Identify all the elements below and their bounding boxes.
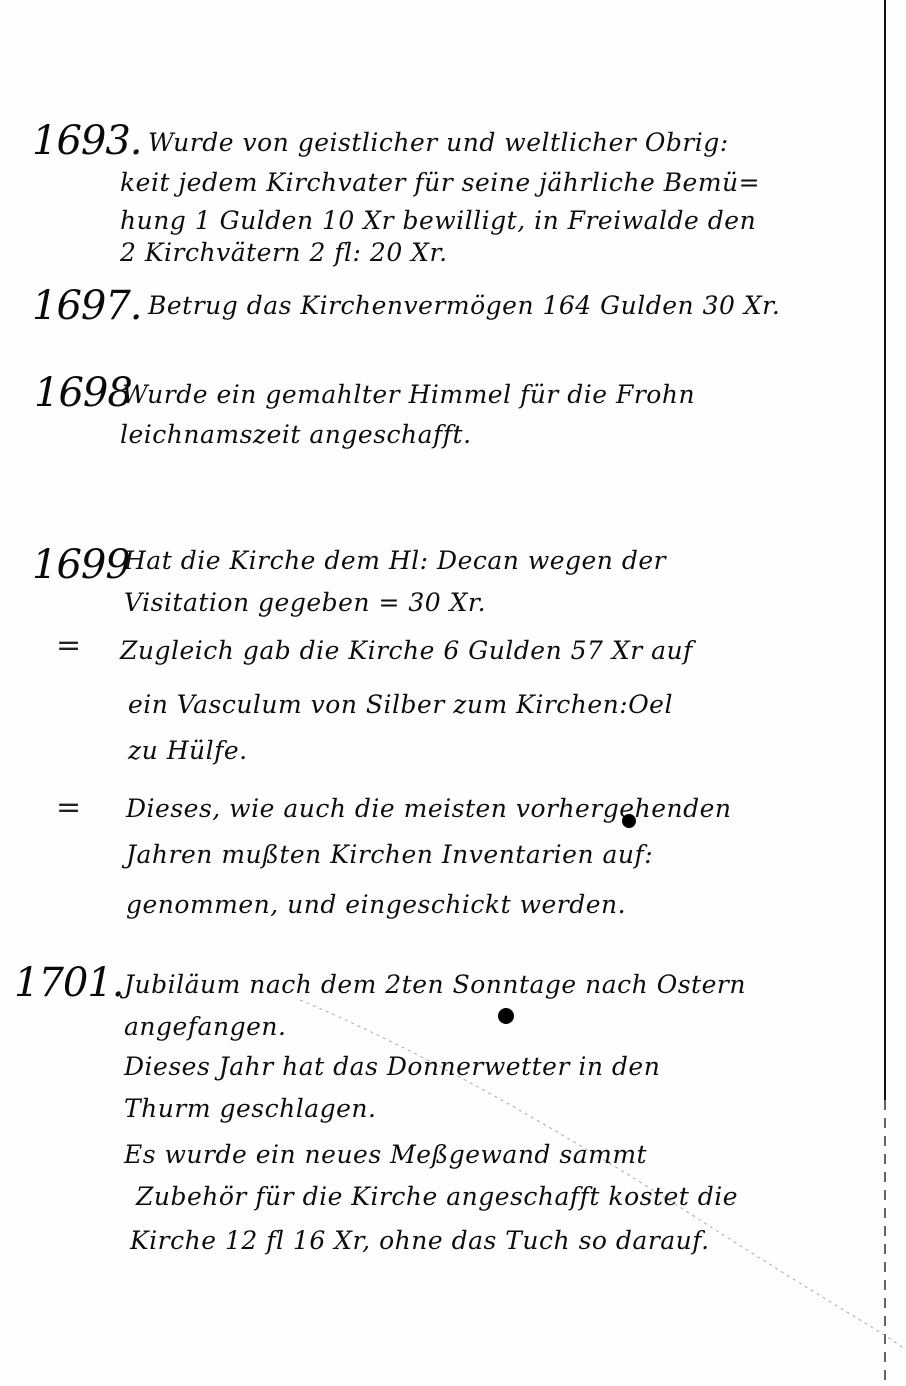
entry-line: Jahren mußten Kirchen Inventarien auf: — [126, 840, 653, 869]
entry-year: 1698 — [34, 370, 132, 416]
ink-blot — [498, 1008, 514, 1024]
entry-line: Hat die Kirche dem Hl: Decan wegen der — [124, 546, 666, 575]
entry-line: Dieses Jahr hat das Donnerwetter in den — [124, 1052, 660, 1081]
ditto-mark: = — [56, 628, 81, 663]
entry-year: 1701. — [14, 960, 124, 1006]
right-margin-rule-faded — [884, 1100, 886, 1386]
entry-line: Dieses, wie auch die meisten vorhergehen… — [126, 794, 732, 823]
entry-line: Betrug das Kirchenvermögen 164 Gulden 30… — [148, 291, 780, 320]
manuscript-page: 1693. Wurde von geistlicher und weltlich… — [0, 0, 906, 1386]
entry-year: 1697. — [32, 283, 142, 329]
entry-line: zu Hülfe. — [128, 736, 248, 765]
entry-line: Zugleich gab die Kirche 6 Gulden 57 Xr a… — [120, 636, 693, 665]
entry-line: hung 1 Gulden 10 Xr bewilligt, in Freiwa… — [120, 206, 756, 235]
entry-line: angefangen. — [124, 1012, 286, 1041]
entry-line: Jubiläum nach dem 2ten Sonntage nach Ost… — [124, 970, 746, 999]
entry-line: Zubehör für die Kirche angeschafft koste… — [136, 1182, 738, 1211]
entry-line: Visitation gegeben = 30 Xr. — [124, 588, 486, 617]
entry-line: genommen, und eingeschickt werden. — [126, 890, 626, 919]
entry-line: Es wurde ein neues Meßgewand sammt — [124, 1140, 647, 1169]
entry-line: Thurm geschlagen. — [124, 1094, 376, 1123]
entry-line: Wurde ein gemahlter Himmel für die Frohn — [122, 380, 695, 409]
ditto-mark: = — [56, 790, 81, 825]
entry-line: Wurde von geistlicher und weltlicher Obr… — [148, 128, 729, 157]
entry-line: 2 Kirchvätern 2 fl: 20 Xr. — [120, 238, 448, 267]
ink-blot — [622, 814, 636, 828]
right-margin-rule — [884, 0, 886, 1100]
entry-year: 1693. — [32, 118, 142, 164]
entry-year: 1699 — [32, 542, 130, 588]
entry-line: ein Vasculum von Silber zum Kirchen:Oel — [128, 690, 673, 719]
entry-line: leichnamszeit angeschafft. — [120, 420, 472, 449]
entry-line: keit jedem Kirchvater für seine jährlich… — [120, 168, 760, 197]
entry-line: Kirche 12 fl 16 Xr, ohne das Tuch so dar… — [130, 1226, 710, 1255]
